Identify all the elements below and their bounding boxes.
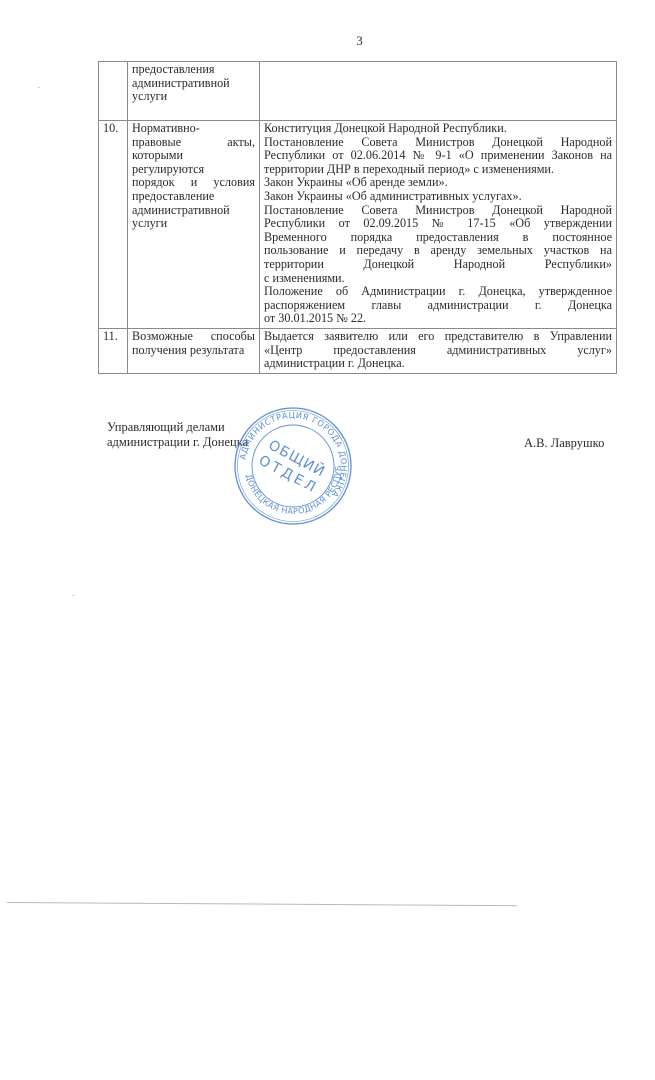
row-label-line: административной bbox=[132, 77, 255, 91]
table-row: 11.Возможные способыполучения результата… bbox=[99, 328, 617, 373]
row-label-line: получения результата bbox=[132, 344, 255, 358]
row-number: 10. bbox=[99, 121, 128, 329]
row-content-line: Выдается заявителю или его представителю… bbox=[264, 330, 612, 344]
row-label-line: регулируются bbox=[132, 163, 255, 177]
row-content-line: Временного порядка предоставления в пост… bbox=[264, 231, 612, 245]
official-stamp: АДМИНИСТРАЦИЯ ГОРОДА ДОНЕЦКА ДОНЕЦКАЯ НА… bbox=[233, 406, 353, 526]
row-content-line: пользование и передачу в аренду земельны… bbox=[264, 244, 612, 258]
row-number bbox=[99, 62, 128, 121]
row-content-line: с изменениями. bbox=[264, 272, 612, 286]
row-label: Нормативно-правовые акты,которымирегулир… bbox=[128, 121, 260, 329]
row-label-line: предоставление bbox=[132, 190, 255, 204]
row-number: 11. bbox=[99, 328, 128, 373]
row-label-line: предоставления bbox=[132, 63, 255, 77]
table-row: 10.Нормативно-правовые акты,которымирегу… bbox=[99, 121, 617, 329]
row-content-line: распоряжением главы администрации г. Дон… bbox=[264, 299, 612, 313]
row-content-line: Закон Украины «Об административных услуг… bbox=[264, 190, 612, 204]
row-content-line: территории ДНР в переходный период» с из… bbox=[264, 163, 612, 177]
signature-position: Управляющий делами администрации г. Доне… bbox=[107, 420, 248, 449]
row-content-line: Постановление Совета Министров Донецкой … bbox=[264, 204, 612, 218]
row-content-line: Конституция Донецкой Народной Республики… bbox=[264, 122, 612, 136]
row-label-line: Нормативно- bbox=[132, 122, 255, 136]
row-content-line: Закон Украины «Об аренде земли». bbox=[264, 176, 612, 190]
signature-position-line: Управляющий делами bbox=[107, 420, 248, 435]
row-label-line: порядок и условия bbox=[132, 176, 255, 190]
row-content: Выдается заявителю или его представителю… bbox=[260, 328, 617, 373]
row-content-line: «Центр предоставления административных у… bbox=[264, 344, 612, 358]
row-content-line: от 30.01.2015 № 22. bbox=[264, 312, 612, 326]
row-label-line: которыми bbox=[132, 149, 255, 163]
table-row: предоставленияадминистративнойуслуги bbox=[99, 62, 617, 121]
row-content bbox=[260, 62, 617, 121]
row-content-line: Постановление Совета Министров Донецкой … bbox=[264, 136, 612, 150]
row-content-line: территории Донецкой Народной Республики» bbox=[264, 258, 612, 272]
row-content-line: администрации г. Донецка. bbox=[264, 357, 612, 371]
row-label: предоставленияадминистративнойуслуги bbox=[128, 62, 260, 121]
scan-speck bbox=[38, 87, 40, 88]
row-label-line: услуги bbox=[132, 90, 255, 104]
signer-name: А.В. Лаврушко bbox=[524, 436, 604, 451]
row-label: Возможные способыполучения результата bbox=[128, 328, 260, 373]
row-label-line: правовые акты, bbox=[132, 136, 255, 150]
page-number: 3 bbox=[32, 33, 655, 49]
scan-speck bbox=[72, 595, 74, 596]
stamp-dot bbox=[340, 477, 343, 480]
row-label-line: административной bbox=[132, 204, 255, 218]
signature-position-line: администрации г. Донецка bbox=[107, 435, 248, 450]
row-content-line: Положение об Администрации г. Донецка, у… bbox=[264, 285, 612, 299]
row-content-line: Республики от 02.06.2014 № 9-1 «О примен… bbox=[264, 149, 612, 163]
services-table: предоставленияадминистративнойуслуги10.Н… bbox=[98, 61, 617, 374]
row-content: Конституция Донецкой Народной Республики… bbox=[260, 121, 617, 329]
row-label-line: Возможные способы bbox=[132, 330, 255, 344]
row-label-line: услуги bbox=[132, 217, 255, 231]
row-content-line: Республики от 02.09.2015 № 17-15 «Об утв… bbox=[264, 217, 612, 231]
bottom-rule bbox=[7, 902, 517, 906]
